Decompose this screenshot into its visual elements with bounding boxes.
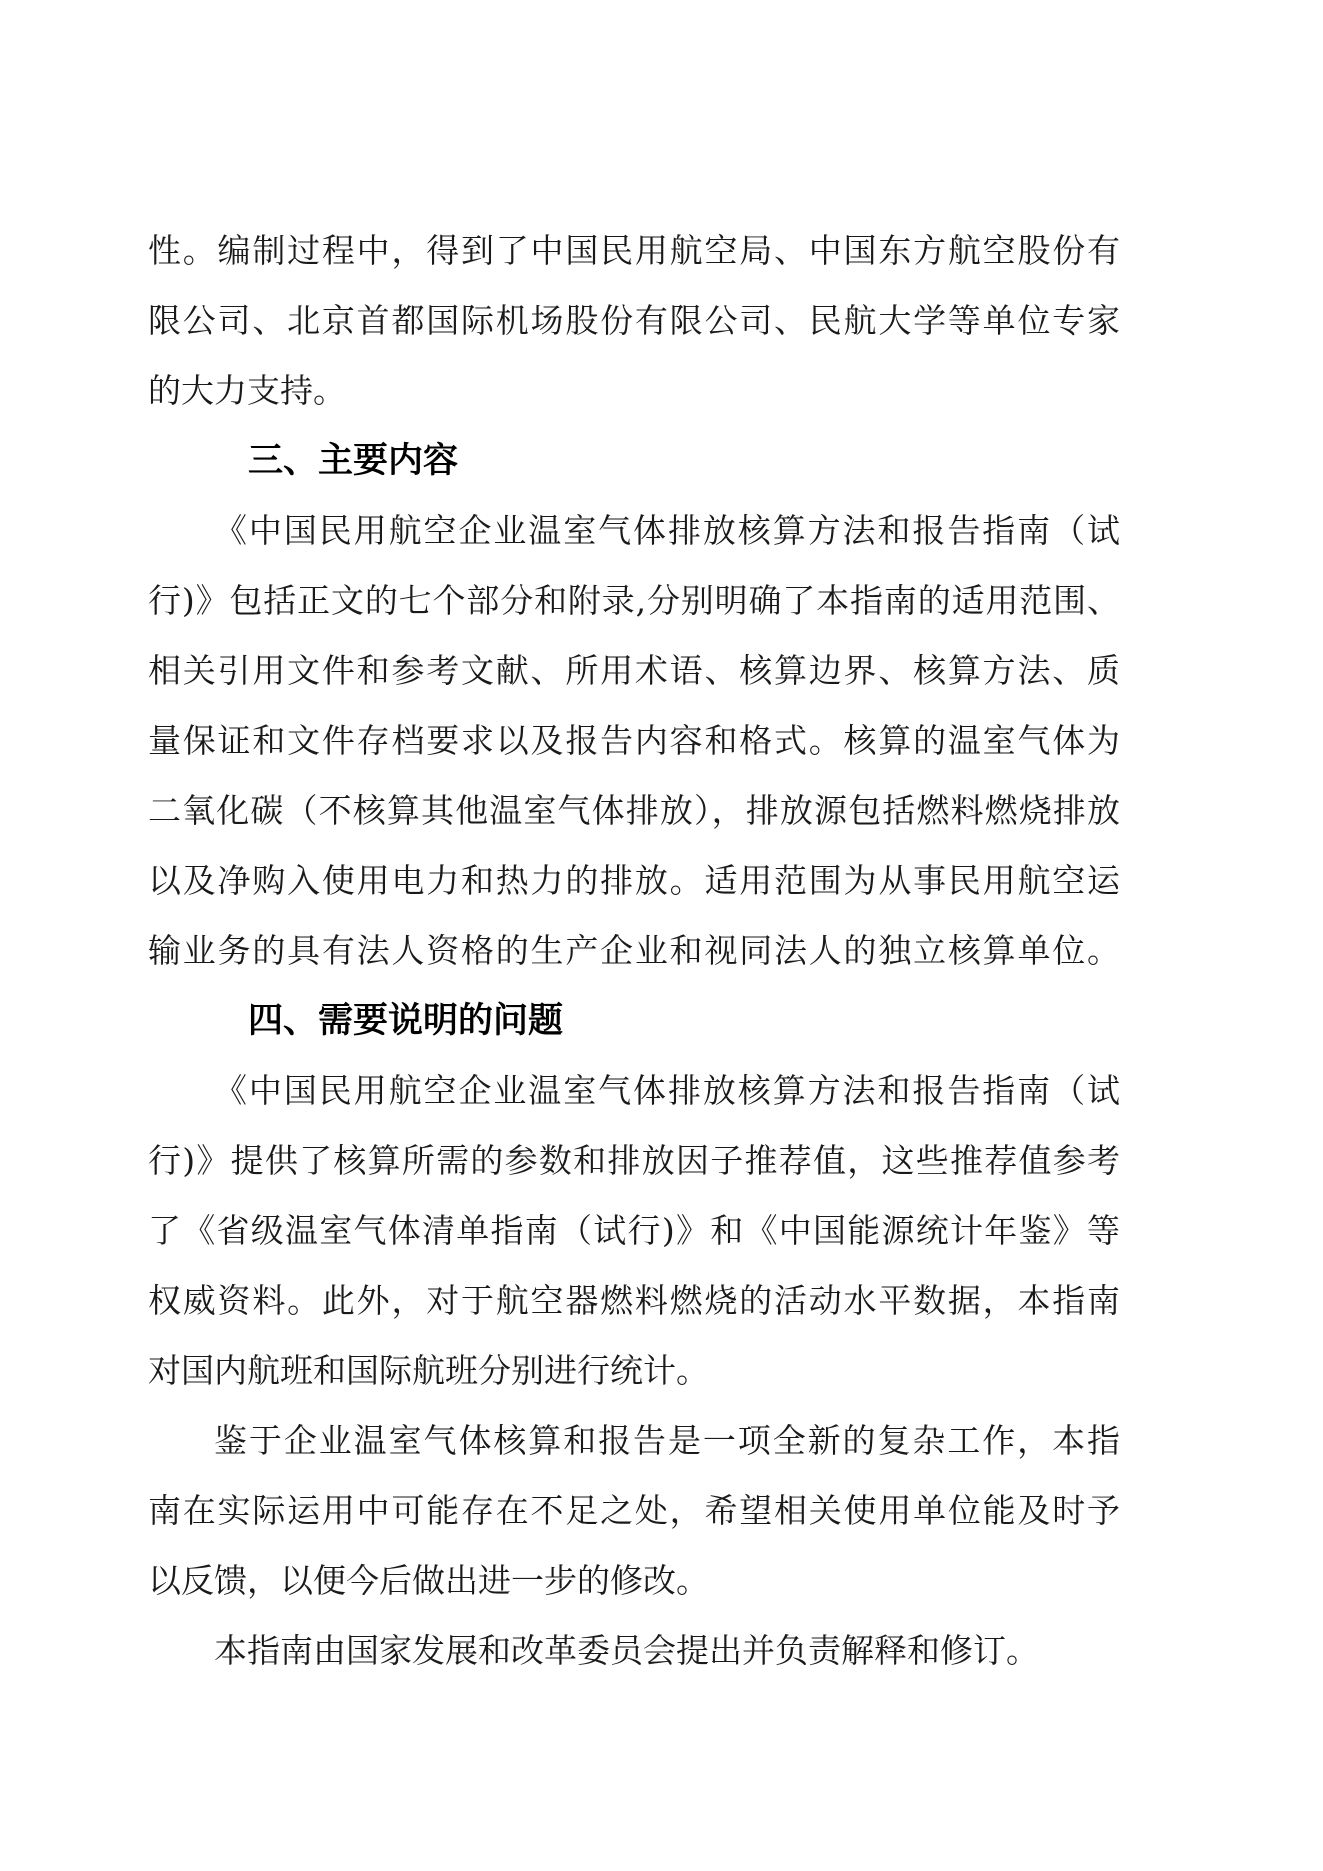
text-line: 以反馈，以便今后做出进一步的修改。: [148, 1546, 1120, 1616]
text-line: 权威资料。此外，对于航空器燃料燃烧的活动水平数据，本指南: [148, 1266, 1120, 1336]
text-line: 南在实际运用中可能存在不足之处，希望相关使用单位能及时予: [148, 1476, 1120, 1546]
text-line: 输业务的具有法人资格的生产企业和视同法人的独立核算单位。: [148, 916, 1120, 986]
text-line: 鉴于企业温室气体核算和报告是一项全新的复杂工作，本指: [148, 1406, 1120, 1476]
text-line: 的大力支持。: [148, 356, 1120, 426]
text-line: 行)》提供了核算所需的参数和排放因子推荐值，这些推荐值参考: [148, 1126, 1120, 1196]
text-line: 《中国民用航空企业温室气体排放核算方法和报告指南（试: [148, 1056, 1120, 1126]
document-page-body: 性。编制过程中，得到了中国民用航空局、中国东方航空股份有 限公司、北京首都国际机…: [148, 216, 1120, 1686]
text-line: 限公司、北京首都国际机场股份有限公司、民航大学等单位专家: [148, 286, 1120, 356]
text-line: 本指南由国家发展和改革委员会提出并负责解释和修订。: [148, 1616, 1120, 1686]
text-line: 行)》包括正文的七个部分和附录,分别明确了本指南的适用范围、: [148, 566, 1120, 636]
section-heading-3: 三、主要内容: [148, 426, 1120, 496]
text-line: 量保证和文件存档要求以及报告内容和格式。核算的温室气体为: [148, 706, 1120, 776]
text-line: 对国内航班和国际航班分别进行统计。: [148, 1336, 1120, 1406]
text-line: 《中国民用航空企业温室气体排放核算方法和报告指南（试: [148, 496, 1120, 566]
section-heading-4: 四、需要说明的问题: [148, 986, 1120, 1056]
text-line: 性。编制过程中，得到了中国民用航空局、中国东方航空股份有: [148, 216, 1120, 286]
text-line: 相关引用文件和参考文献、所用术语、核算边界、核算方法、质: [148, 636, 1120, 706]
text-line: 以及净购入使用电力和热力的排放。适用范围为从事民用航空运: [148, 846, 1120, 916]
text-line: 二氧化碳（不核算其他温室气体排放），排放源包括燃料燃烧排放: [148, 776, 1120, 846]
text-line: 了《省级温室气体清单指南（试行)》和《中国能源统计年鉴》等: [148, 1196, 1120, 1266]
